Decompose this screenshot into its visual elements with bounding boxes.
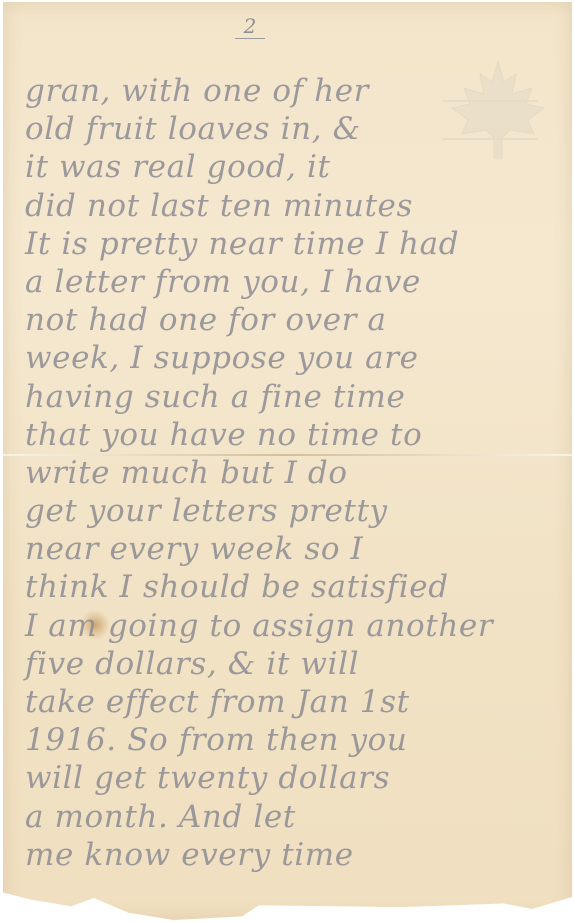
text-line: having such a fine time	[3, 378, 575, 416]
text-line: week, I suppose you are	[3, 339, 575, 377]
page-number: 2	[235, 14, 265, 39]
text-line: that you have no time to	[3, 416, 575, 454]
text-line: did not last ten minutes	[3, 187, 575, 225]
handwritten-text-block: gran, with one of her old fruit loaves i…	[3, 72, 575, 874]
text-line: gran, with one of her	[3, 72, 575, 110]
text-line: write much but I do	[3, 454, 575, 492]
text-line: take effect from Jan 1st	[3, 683, 575, 721]
text-line: get your letters pretty	[3, 492, 575, 530]
text-line: me know every time	[3, 836, 575, 874]
text-line: not had one for over a	[3, 301, 575, 339]
text-line: five dollars, & it will	[3, 645, 575, 683]
text-line: near every week so I	[3, 530, 575, 568]
text-line: old fruit loaves in, &	[3, 110, 575, 148]
text-line: It is pretty near time I had	[3, 225, 575, 263]
text-line: a month. And let	[3, 798, 575, 836]
text-line: a letter from you, I have	[3, 263, 575, 301]
text-line: will get twenty dollars	[3, 759, 575, 797]
text-line: think I should be satisfied	[3, 568, 575, 606]
text-line: 1916. So from then you	[3, 721, 575, 759]
text-line: it was real good, it	[3, 148, 575, 186]
letter-page: 2 gran, with one of her old fruit loaves…	[3, 2, 572, 920]
text-line: I am going to assign another	[3, 607, 575, 645]
